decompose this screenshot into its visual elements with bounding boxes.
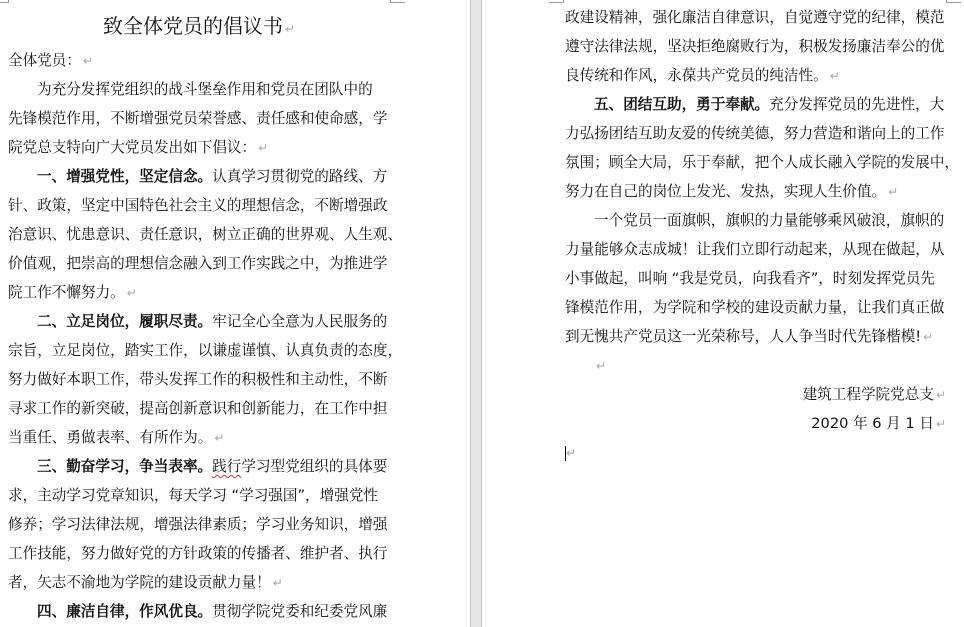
section-text: 修养；学习法律法规，增强法律素质；学习业务知识，增强 — [8, 516, 387, 533]
signature: 建筑工程学院党总支↵ — [565, 377, 946, 406]
section-3-line: 求，主动学习党章知识，每天学习 “学习强国”，增强党性 — [8, 481, 390, 510]
section-1-line: 治意识、忧患意识、责任意识，树立正确的世界观、人生观、 — [8, 220, 390, 249]
page-1-body[interactable]: 致全体党员的倡议书↵ 全体党员：↵ 为充分发挥党组织的战斗堡垒作用和党员在团队中… — [8, 0, 390, 626]
section-5-line: 力弘扬团结互助友爱的传统美德，努力营造和谐向上的工作 — [565, 116, 946, 145]
section-text: 贯彻学院党委和纪委党风廉 — [212, 603, 387, 620]
closing-line: 一个党员一面旗帜，旗帜的力量能够乘风破浪，旗帜的 — [565, 203, 946, 232]
section-1-line: 针、政策，坚定中国特色社会主义的理想信念，不断增强政 — [8, 191, 390, 220]
empty-paragraph: ↵ — [565, 348, 946, 377]
section-text: 寻求工作的新突破，提高创新意识和创新能力，在工作中担 — [8, 400, 387, 417]
section-2-line: 当重任、勇做表率、有所作为。↵ — [8, 423, 390, 452]
section-text: 牢记全心全意为人民服务的 — [212, 313, 387, 330]
section-1-line: 院工作不懈努力。↵ — [8, 278, 390, 307]
paragraph-mark-icon: ↵ — [830, 69, 840, 83]
closing-text: 小事做起，叫响 “我是党员，向我看齐”，时刻发挥党员先 — [565, 270, 935, 287]
date: 2020 年 6 月 1 日↵ — [565, 406, 946, 435]
document-title-block: 致全体党员的倡议书↵ — [8, 0, 390, 46]
crop-mark-top-right — [946, 0, 961, 3]
paragraph-mark-icon: ↵ — [936, 417, 946, 431]
spellcheck-flagged-word[interactable]: 践行 — [212, 458, 241, 475]
section-text: 价值观，把崇高的理想信念融入到工作实践之中，为推进学 — [8, 255, 387, 272]
section-3-line: 修养；学习法律法规，增强法律素质；学习业务知识，增强 — [8, 510, 390, 539]
closing-text: 一个党员一面旗帜，旗帜的力量能够乘风破浪，旗帜的 — [594, 212, 944, 229]
intro-text: 先锋模范作用，不断增强党员荣誉感、责任感和使命感，学 — [8, 110, 387, 127]
paragraph-mark-icon: ↵ — [566, 446, 576, 460]
section-text: 氛围；顾全大局，乐于奉献，把个人成长融入学院的发展中， — [565, 154, 959, 171]
date-text: 2020 年 6 月 1 日 — [811, 415, 934, 432]
section-3-line: 三、勤奋学习，争当表率。践行学习型党组织的具体要 — [8, 452, 390, 481]
section-4-line: 遵守法律法规，坚决拒绝腐败行为，积极发扬廉洁奉公的优 — [565, 29, 946, 58]
section-text: 学习型党组织的具体要 — [241, 458, 387, 475]
paragraph-mark-icon: ↵ — [83, 54, 93, 68]
paragraph-mark-icon: ↵ — [285, 22, 295, 36]
section-text: 求，主动学习党章知识，每天学习 “学习强国”，增强党性 — [8, 487, 378, 504]
intro-line: 院党总支特向广大党员发出如下倡议：↵ — [8, 133, 390, 162]
section-text: 针、政策，坚定中国特色社会主义的理想信念，不断增强政 — [8, 197, 387, 214]
page-gap — [470, 0, 482, 627]
intro-line: 先锋模范作用，不断增强党员荣誉感、责任感和使命感，学 — [8, 104, 390, 133]
intro-line: 为充分发挥党组织的战斗堡垒作用和党员在团队中的 — [8, 75, 390, 104]
paragraph-mark-icon: ↵ — [273, 576, 283, 590]
document-title: 致全体党员的倡议书↵ — [8, 0, 390, 46]
section-4-line: 四、廉洁自律，作风优良。贯彻学院党委和纪委党风廉 — [8, 597, 390, 626]
closing-line: 到无愧共产党员这一光荣称号，人人争当时代先锋楷模!↵ — [565, 319, 946, 348]
section-5-line: 努力在自己的岗位上发光、发热，实现人生价值。↵ — [565, 174, 946, 203]
salutation-text: 全体党员： — [8, 52, 81, 69]
section-text: 遵守法律法规，坚决拒绝腐败行为，积极发扬廉洁奉公的优 — [565, 38, 944, 55]
paragraph-mark-icon: ↵ — [127, 286, 137, 300]
section-2-heading: 二、立足岗位，履职尽责。 — [37, 313, 212, 330]
section-2-line: 宗旨，立足岗位，踏实工作，以谦虚谨慎、认真负责的态度， — [8, 336, 390, 365]
section-text: 力弘扬团结互助友爱的传统美德，努力营造和谐向上的工作 — [565, 125, 944, 142]
signature-text: 建筑工程学院党总支 — [803, 386, 934, 403]
paragraph-mark-icon: ↵ — [923, 330, 933, 344]
section-text: 努力在自己的岗位上发光、发热，实现人生价值。 — [565, 183, 886, 200]
closing-line: 力量能够众志成城！让我们立即行动起来，从现在做起，从 — [565, 232, 946, 261]
paragraph-mark-icon: ↵ — [258, 141, 268, 155]
crop-mark-top-right — [390, 0, 405, 3]
section-text: 治意识、忧患意识、责任意识，树立正确的世界观、人生观、 — [8, 226, 402, 243]
section-5-line: 五、团结互助，勇于奉献。充分发挥党员的先进性，大 — [565, 87, 946, 116]
section-2-line: 寻求工作的新突破，提高创新意识和创新能力，在工作中担 — [8, 394, 390, 423]
section-3-line: 工作技能，努力做好党的方针政策的传播者、维护者、执行 — [8, 539, 390, 568]
intro-text: 为充分发挥党组织的战斗堡垒作用和党员在团队中的 — [37, 81, 373, 98]
section-text: 工作技能，努力做好党的方针政策的传播者、维护者、执行 — [8, 545, 387, 562]
section-text: 者，矢志不渝地为学院的建设贡献力量！ — [8, 574, 271, 591]
section-text: 认真学习贯彻党的路线、方 — [212, 168, 387, 185]
section-4-heading: 四、廉洁自律，作风优良。 — [37, 603, 212, 620]
section-text: 宗旨，立足岗位，踏实工作，以谦虚谨慎、认真负责的态度， — [8, 342, 402, 359]
paragraph-mark-icon: ↵ — [596, 359, 606, 373]
page-2-body[interactable]: 政建设精神，强化廉洁自律意识，自觉遵守党的纪律，模范 遵守法律法规，坚决拒绝腐败… — [565, 0, 946, 464]
paragraph-mark-icon: ↵ — [214, 431, 224, 445]
section-text: 政建设精神，强化廉洁自律意识，自觉遵守党的纪律，模范 — [565, 9, 944, 26]
closing-text: 锋模范作用，为学院和学校的建设贡献力量，让我们真正做 — [565, 299, 944, 316]
closing-text: 力量能够众志成城！让我们立即行动起来，从现在做起，从 — [565, 241, 944, 258]
section-1-line: 价值观，把崇高的理想信念融入到工作实践之中，为推进学 — [8, 249, 390, 278]
section-1-heading: 一、增强党性，坚定信念。 — [37, 168, 212, 185]
section-5-heading: 五、团结互助，勇于奉献。 — [594, 96, 769, 113]
section-1-line: 一、增强党性，坚定信念。认真学习贯彻党的路线、方 — [8, 162, 390, 191]
section-text: 良传统和作风，永葆共产党员的纯洁性。 — [565, 67, 828, 84]
document-page-2: 政建设精神，强化廉洁自律意识，自觉遵守党的纪律，模范 遵守法律法规，坚决拒绝腐败… — [483, 0, 964, 627]
closing-text: 到无愧共产党员这一光荣称号，人人争当时代先锋楷模! — [565, 328, 921, 345]
closing-line: 小事做起，叫响 “我是党员，向我看齐”，时刻发挥党员先 — [565, 261, 946, 290]
salutation: 全体党员：↵ — [8, 46, 390, 75]
section-text: 当重任、勇做表率、有所作为。 — [8, 429, 212, 446]
section-4-line: 政建设精神，强化廉洁自律意识，自觉遵守党的纪律，模范 — [565, 0, 946, 29]
section-text: 院工作不懈努力。 — [8, 284, 125, 301]
section-5-line: 氛围；顾全大局，乐于奉献，把个人成长融入学院的发展中， — [565, 145, 946, 174]
paragraph-mark-icon: ↵ — [888, 185, 898, 199]
section-2-line: 努力做好本职工作，带头发挥工作的积极性和主动性，不断 — [8, 365, 390, 394]
section-3-line: 者，矢志不渝地为学院的建设贡献力量！↵ — [8, 568, 390, 597]
section-2-line: 二、立足岗位，履职尽责。牢记全心全意为人民服务的 — [8, 307, 390, 336]
paragraph-mark-icon: ↵ — [936, 388, 946, 402]
document-page-1: 致全体党员的倡议书↵ 全体党员：↵ 为充分发挥党组织的战斗堡垒作用和党员在团队中… — [0, 0, 470, 627]
intro-text: 院党总支特向广大党员发出如下倡议： — [8, 139, 256, 156]
section-4-line: 良传统和作风，永葆共产党员的纯洁性。↵ — [565, 58, 946, 87]
title-text: 致全体党员的倡议书 — [103, 14, 283, 38]
section-text: 努力做好本职工作，带头发挥工作的积极性和主动性，不断 — [8, 371, 387, 388]
section-3-heading: 三、勤奋学习，争当表率。 — [37, 458, 212, 475]
section-text: 充分发挥党员的先进性，大 — [769, 96, 944, 113]
cursor-line[interactable]: ↵ — [565, 435, 946, 464]
closing-line: 锋模范作用，为学院和学校的建设贡献力量，让我们真正做 — [565, 290, 946, 319]
crop-mark-top-left — [549, 0, 564, 3]
